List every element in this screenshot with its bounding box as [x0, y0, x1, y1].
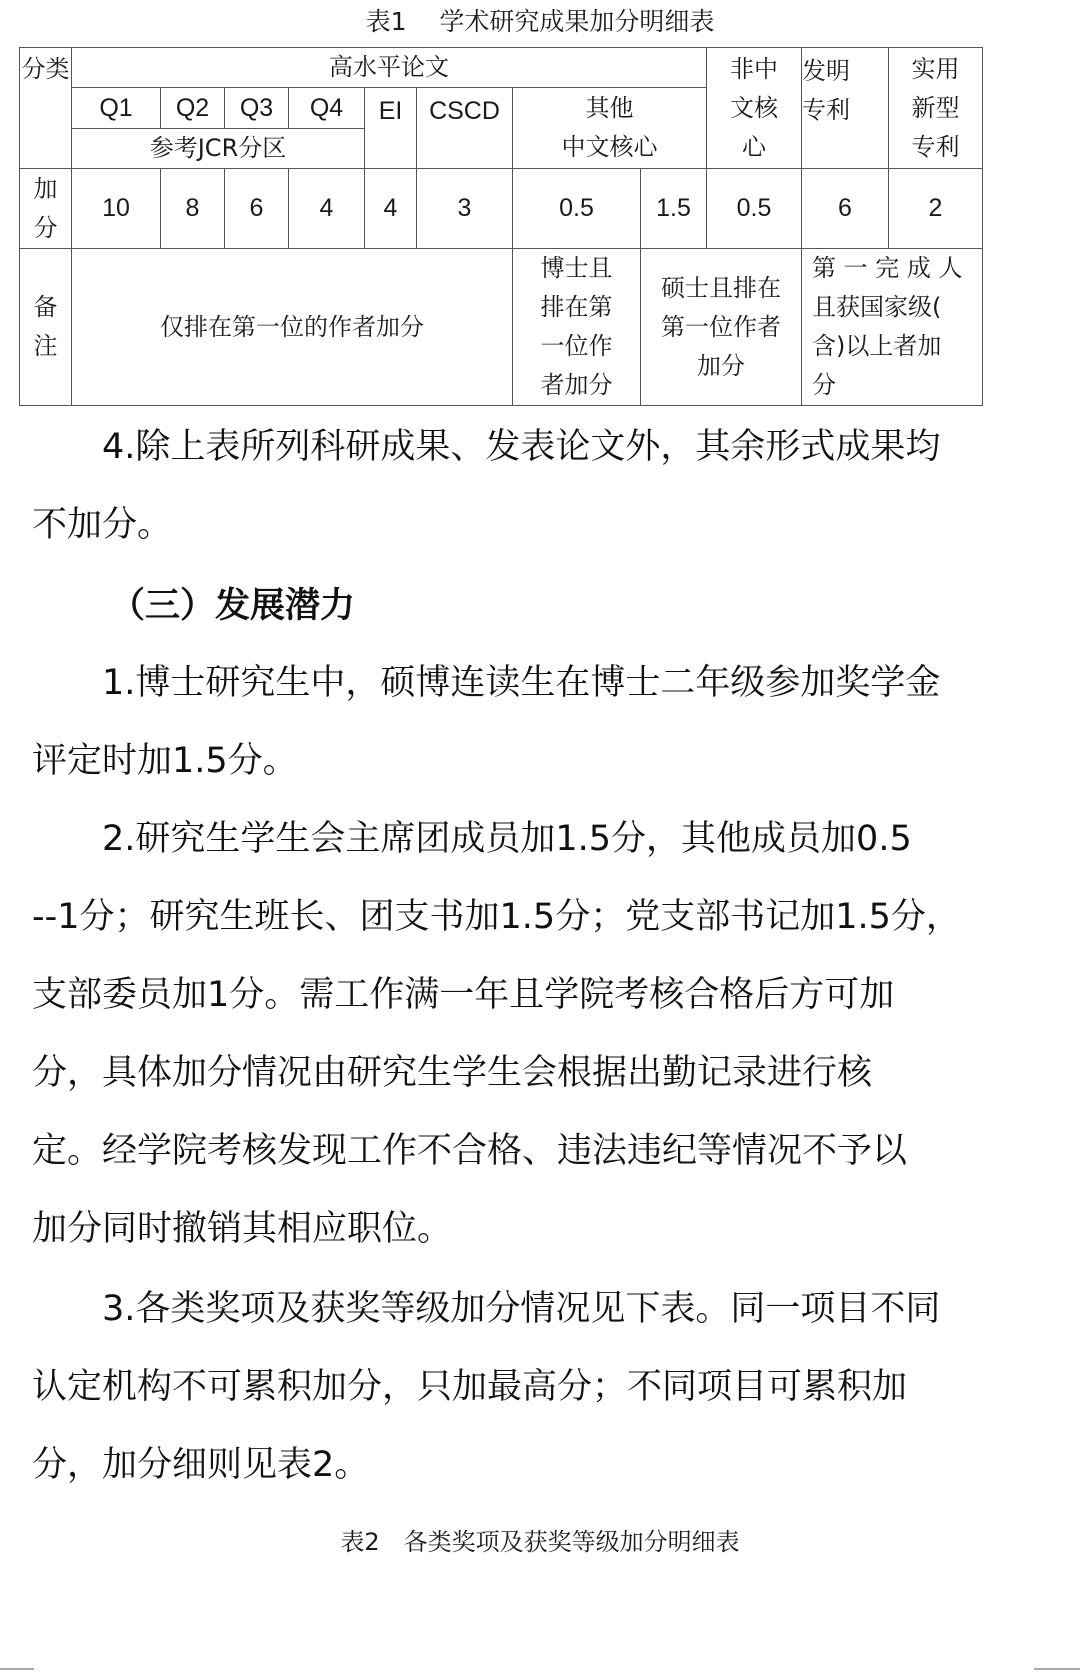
paragraph-3: 3.各类奖项及获奖等级加分情况见下表。同一项目不同 认定机构不可累积加分，只加最… [32, 1270, 972, 1504]
table2-caption: 表2 各类奖项及获奖等级加分明细表 [0, 1522, 1080, 1557]
points-invention-patent: 6 [801, 168, 889, 249]
table1-caption: 表1 学术研究成果加分明细表 [0, 2, 1080, 38]
remarks-master-first-author: 硕士且排在 第一位作者 加分 [640, 248, 802, 406]
header-q4: Q4 [288, 87, 365, 129]
points-non-core-value: 0.5 [737, 189, 772, 228]
points-q4: 4 [288, 168, 365, 249]
header-high-level-papers: 高水平论文 [71, 47, 707, 88]
points-ei-value: 4 [384, 189, 398, 228]
remarks-row-label: 备注 [19, 248, 72, 406]
header-other-core: 其他 中文核心 [512, 87, 707, 169]
paragraph-4-line: 4.除上表所列科研成果、发表论文外，其余形式成果均 [32, 408, 972, 486]
header-jcr-note-label: 参考JCR分区 [150, 129, 287, 168]
points-non-core: 0.5 [706, 168, 802, 249]
header-jcr-note: 参考JCR分区 [71, 128, 365, 169]
header-q1: Q1 [71, 87, 161, 129]
header-invention-patent: 发明 专利 [801, 47, 889, 169]
remarks-patent-note: 第 一 完 成 人 且获国家级( 含)以上者加 分 [801, 248, 983, 406]
paragraph-4-line: 不加分。 [32, 486, 972, 564]
remarks-phd-first-author: 博士且 排在第 一位作 者加分 [512, 248, 641, 406]
points-row-label: 加分 [19, 168, 72, 249]
table1-academic-results: 分类 高水平论文 Q1 Q2 Q3 Q4 参考JCR分区 EI CSCD 其他 … [19, 47, 983, 406]
paragraph-2-line: 2.研究生学生会主席团成员加1.5分，其他成员加0.5 [32, 800, 972, 878]
paragraph-3-line: 分，加分细则见表2。 [32, 1426, 972, 1504]
points-cscd: 3 [416, 168, 513, 249]
points-q1-value: 10 [102, 189, 130, 228]
remarks-first-author-only-text: 仅排在第一位的作者加分 [160, 308, 424, 347]
header-non-core: 非中 文核 心 [706, 47, 802, 169]
header-utility-patent-label: 实用 新型 专利 [912, 50, 960, 167]
header-cscd: CSCD [416, 87, 513, 169]
paragraph-1: 1.博士研究生中，硕博连读生在博士二年级参加奖学金 评定时加1.5分。 [32, 644, 972, 800]
paragraph-2-line: 加分同时撤销其相应职位。 [32, 1190, 972, 1268]
paragraph-2: 2.研究生学生会主席团成员加1.5分，其他成员加0.5 --1分；研究生班长、团… [32, 800, 972, 1268]
points-q1: 10 [71, 168, 161, 249]
header-cscd-label: CSCD [429, 92, 500, 131]
points-other-core-master: 1.5 [640, 168, 707, 249]
header-ei: EI [364, 87, 417, 169]
remarks-phd-first-author-text: 博士且 排在第 一位作 者加分 [541, 249, 613, 405]
header-q1-label: Q1 [99, 89, 132, 128]
remarks-first-author-only: 仅排在第一位的作者加分 [71, 248, 513, 406]
points-q2-value: 8 [186, 189, 200, 228]
table2-top-border-left [0, 1668, 34, 1672]
paragraph-2-line: 支部委员加1分。需工作满一年且学院考核合格后方可加 [32, 956, 972, 1034]
paragraph-2-line: 定。经学院考核发现工作不合格、违法违纪等情况不予以 [32, 1112, 972, 1190]
header-ei-label: EI [379, 92, 403, 131]
points-label: 加分 [33, 170, 59, 248]
points-other-core-phd-value: 0.5 [559, 189, 594, 228]
points-other-core-phd: 0.5 [512, 168, 641, 249]
table2-top-border-right [1034, 1668, 1080, 1672]
points-ei: 4 [364, 168, 417, 249]
paragraph-2-line: 分，具体加分情况由研究生学生会根据出勤记录进行核 [32, 1034, 972, 1112]
header-q2-label: Q2 [176, 89, 209, 128]
header-non-core-label: 非中 文核 心 [730, 50, 778, 167]
points-q4-value: 4 [320, 189, 334, 228]
header-invention-patent-label: 发明 专利 [802, 52, 850, 130]
header-category: 分类 [19, 47, 72, 169]
points-cscd-value: 3 [458, 189, 472, 228]
paragraph-4: 4.除上表所列科研成果、发表论文外，其余形式成果均 不加分。 [32, 408, 972, 564]
paragraph-1-line: 1.博士研究生中，硕博连读生在博士二年级参加奖学金 [32, 644, 972, 722]
header-category-label: 分类 [22, 50, 70, 89]
points-other-core-master-value: 1.5 [656, 189, 691, 228]
remarks-master-first-author-text: 硕士且排在 第一位作者 加分 [661, 269, 781, 386]
points-utility-patent-value: 2 [929, 189, 943, 228]
points-q3: 6 [224, 168, 289, 249]
paragraph-1-line: 评定时加1.5分。 [32, 722, 972, 800]
header-q4-label: Q4 [310, 89, 343, 128]
header-high-level-papers-label: 高水平论文 [329, 48, 449, 87]
remarks-patent-note-text: 第 一 完 成 人 且获国家级( 含)以上者加 分 [812, 249, 963, 405]
header-utility-patent: 实用 新型 专利 [888, 47, 983, 169]
paragraph-3-line: 3.各类奖项及获奖等级加分情况见下表。同一项目不同 [32, 1270, 972, 1348]
points-utility-patent: 2 [888, 168, 983, 249]
header-q2: Q2 [160, 87, 225, 129]
paragraph-3-line: 认定机构不可累积加分，只加最高分；不同项目可累积加 [32, 1348, 972, 1426]
section-heading-development-potential: （三）发展潜力 [110, 578, 355, 628]
points-q3-value: 6 [250, 189, 264, 228]
header-other-core-label: 其他 中文核心 [562, 89, 658, 167]
header-q3-label: Q3 [240, 89, 273, 128]
points-invention-patent-value: 6 [838, 189, 852, 228]
paragraph-2-line: --1分；研究生班长、团支书加1.5分；党支部书记加1.5分， [32, 878, 972, 956]
remarks-label: 备注 [33, 288, 59, 366]
points-q2: 8 [160, 168, 225, 249]
header-q3: Q3 [224, 87, 289, 129]
